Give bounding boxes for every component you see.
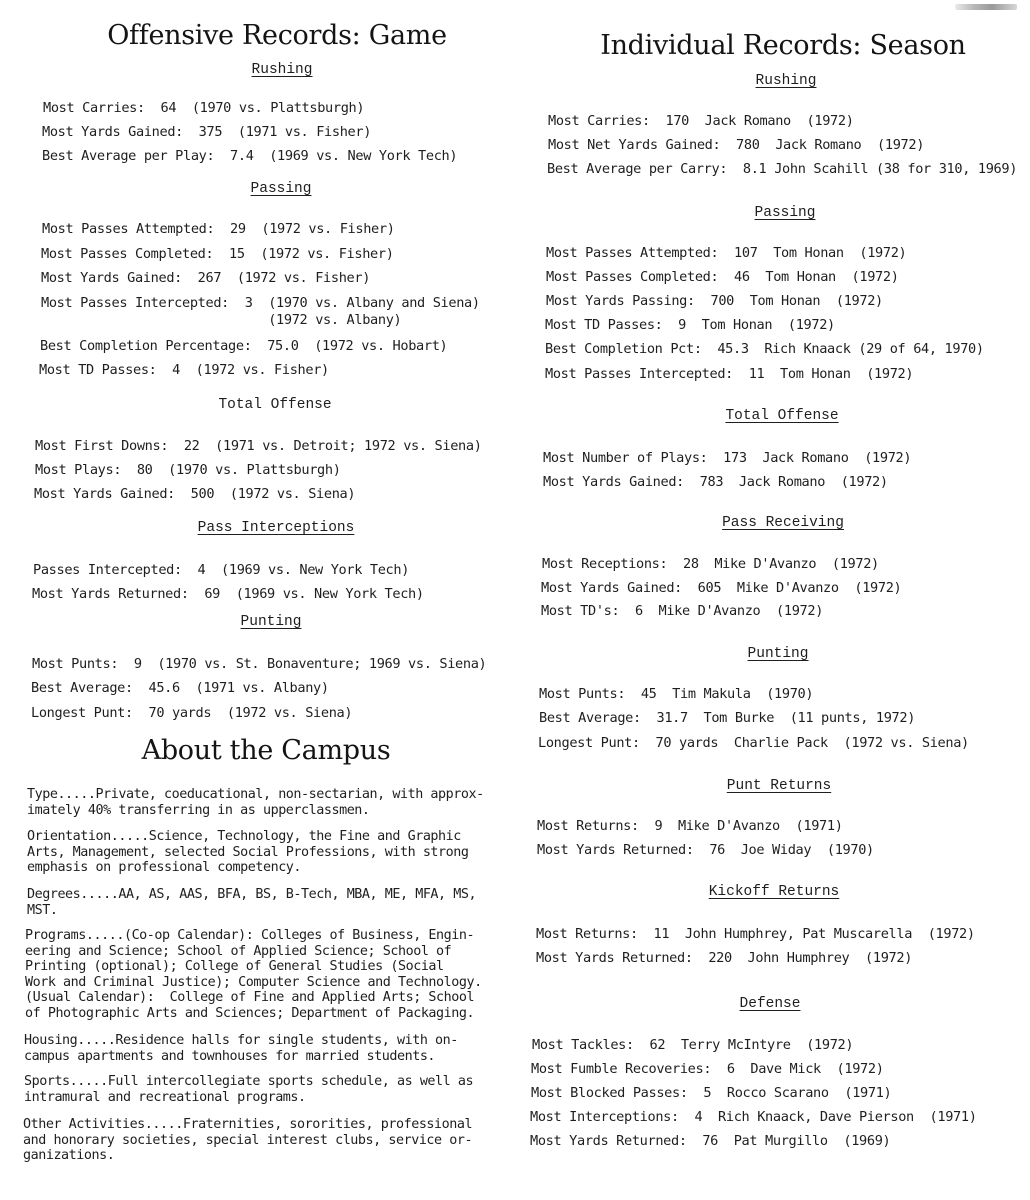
campus-paragraph-degrees: Degrees.....AA, AS, AAS, BFA, BS, B-Tech… [27,887,476,918]
record-line: Most Passes Attempted: 107 Tom Honan (19… [546,245,906,261]
record-line: Most Receptions: 28 Mike D'Avanzo (1972) [542,556,879,572]
record-line: Most Fumble Recoveries: 6 Dave Mick (197… [531,1061,884,1077]
record-line: Most TD Passes: 4 (1972 vs. Fisher) [39,362,329,378]
record-line: Most Yards Passing: 700 Tom Honan (1972) [546,293,883,309]
record-line: Most Yards Returned: 220 John Humphrey (… [536,950,912,966]
record-line: Most Returns: 9 Mike D'Avanzo (1971) [537,818,843,834]
record-line: Longest Punt: 70 yards (1972 vs. Siena) [31,705,352,721]
record-line: Best Average: 45.6 (1971 vs. Albany) [31,680,329,696]
record-line: Most Passes Intercepted: 11 Tom Honan (1… [545,366,913,382]
record-line: Most Net Yards Gained: 780 Jack Romano (… [548,137,924,153]
section-heading-punt-returns: Punt Returns [727,778,831,794]
section-heading-defense: Defense [740,996,801,1012]
record-line: Most Carries: 64 (1970 vs. Plattsburgh) [43,100,364,116]
page-title-individual-records: Individual Records: Season [600,30,966,61]
section-heading-passing: Passing [755,205,816,221]
section-heading-passing: Passing [251,181,312,197]
campus-paragraph-sports: Sports.....Full intercollegiate sports s… [24,1074,473,1105]
record-line: Most Interceptions: 4 Rich Knaack, Dave … [530,1109,977,1125]
record-line: Most Punts: 9 (1970 vs. St. Bonaventure;… [32,656,486,672]
record-line: Most Yards Returned: 69 (1969 vs. New Yo… [32,586,424,602]
section-heading-rushing: Rushing [756,73,817,89]
record-line: Most Yards Gained: 783 Jack Romano (1972… [543,474,888,490]
record-line: Best Average: 31.7 Tom Burke (11 punts, … [539,710,915,726]
record-line: Most Plays: 80 (1970 vs. Plattsburgh) [35,462,341,478]
record-line: Most Number of Plays: 173 Jack Romano (1… [543,450,911,466]
section-heading-pass-receiving: Pass Receiving [722,515,844,531]
record-line: Most Passes Completed: 15 (1972 vs. Fish… [41,246,394,262]
record-line: Most Returns: 11 John Humphrey, Pat Musc… [536,926,975,942]
record-line: Most Yards Gained: 375 (1971 vs. Fisher) [42,124,371,140]
record-line: Most Yards Gained: 500 (1972 vs. Siena) [34,486,355,502]
record-line: Most Passes Completed: 46 Tom Honan (197… [546,269,899,285]
campus-paragraph-orientation: Orientation.....Science, Technology, the… [27,829,469,876]
section-heading-total-offense: Total Offense [218,397,331,413]
record-line: Most TD Passes: 9 Tom Honan (1972) [545,317,835,333]
campus-paragraph-housing: Housing.....Residence halls for single s… [24,1033,458,1064]
section-heading-punting: Punting [748,646,809,662]
campus-paragraph-programs: Programs.....(Co-op Calendar): Colleges … [25,928,482,1021]
record-line: Most Yards Gained: 267 (1972 vs. Fisher) [41,270,370,286]
record-line: Most Passes Intercepted: 3 (1970 vs. Alb… [41,295,480,311]
campus-paragraph-type: Type.....Private, coeducational, non-sec… [27,787,484,818]
record-line: Passes Intercepted: 4 (1969 vs. New York… [33,562,409,578]
record-line: Most Punts: 45 Tim Makula (1970) [539,686,813,702]
section-heading-total-offense: Total Offense [725,408,838,424]
record-line: Most Carries: 170 Jack Romano (1972) [548,113,854,129]
page-title-offensive-records: Offensive Records: Game [107,20,447,51]
record-line: Most Yards Gained: 605 Mike D'Avanzo (19… [541,580,901,596]
record-line: Most First Downs: 22 (1971 vs. Detroit; … [35,438,482,454]
record-line: Best Completion Percentage: 75.0 (1972 v… [40,338,447,354]
section-heading-rushing: Rushing [252,62,313,78]
record-line: Best Average per Play: 7.4 (1969 vs. New… [42,148,457,164]
section-heading-pass-interceptions: Pass Interceptions [198,520,355,536]
record-line-continuation: (1972 vs. Albany) [41,312,401,328]
record-line: Most Tackles: 62 Terry McIntyre (1972) [532,1037,853,1053]
record-line: Longest Punt: 70 yards Charlie Pack (197… [538,735,969,751]
record-line: Most Yards Returned: 76 Joe Widay (1970) [537,842,874,858]
record-line: Best Completion Pct: 45.3 Rich Knaack (2… [545,341,984,357]
record-line: Most TD's: 6 Mike D'Avanzo (1972) [541,603,823,619]
section-title-about-campus: About the Campus [142,735,391,766]
section-heading-punting: Punting [241,614,302,630]
scan-smudge [955,4,1017,10]
record-line: Most Yards Returned: 76 Pat Murgillo (19… [530,1133,890,1149]
record-line: Most Blocked Passes: 5 Rocco Scarano (19… [531,1085,891,1101]
record-line: Most Passes Attempted: 29 (1972 vs. Fish… [42,221,395,237]
record-line: Best Average per Carry: 8.1 John Scahill… [547,161,1017,177]
campus-paragraph-other-activities: Other Activities.....Fraternities, soror… [23,1117,472,1164]
section-heading-kickoff-returns: Kickoff Returns [709,884,840,900]
